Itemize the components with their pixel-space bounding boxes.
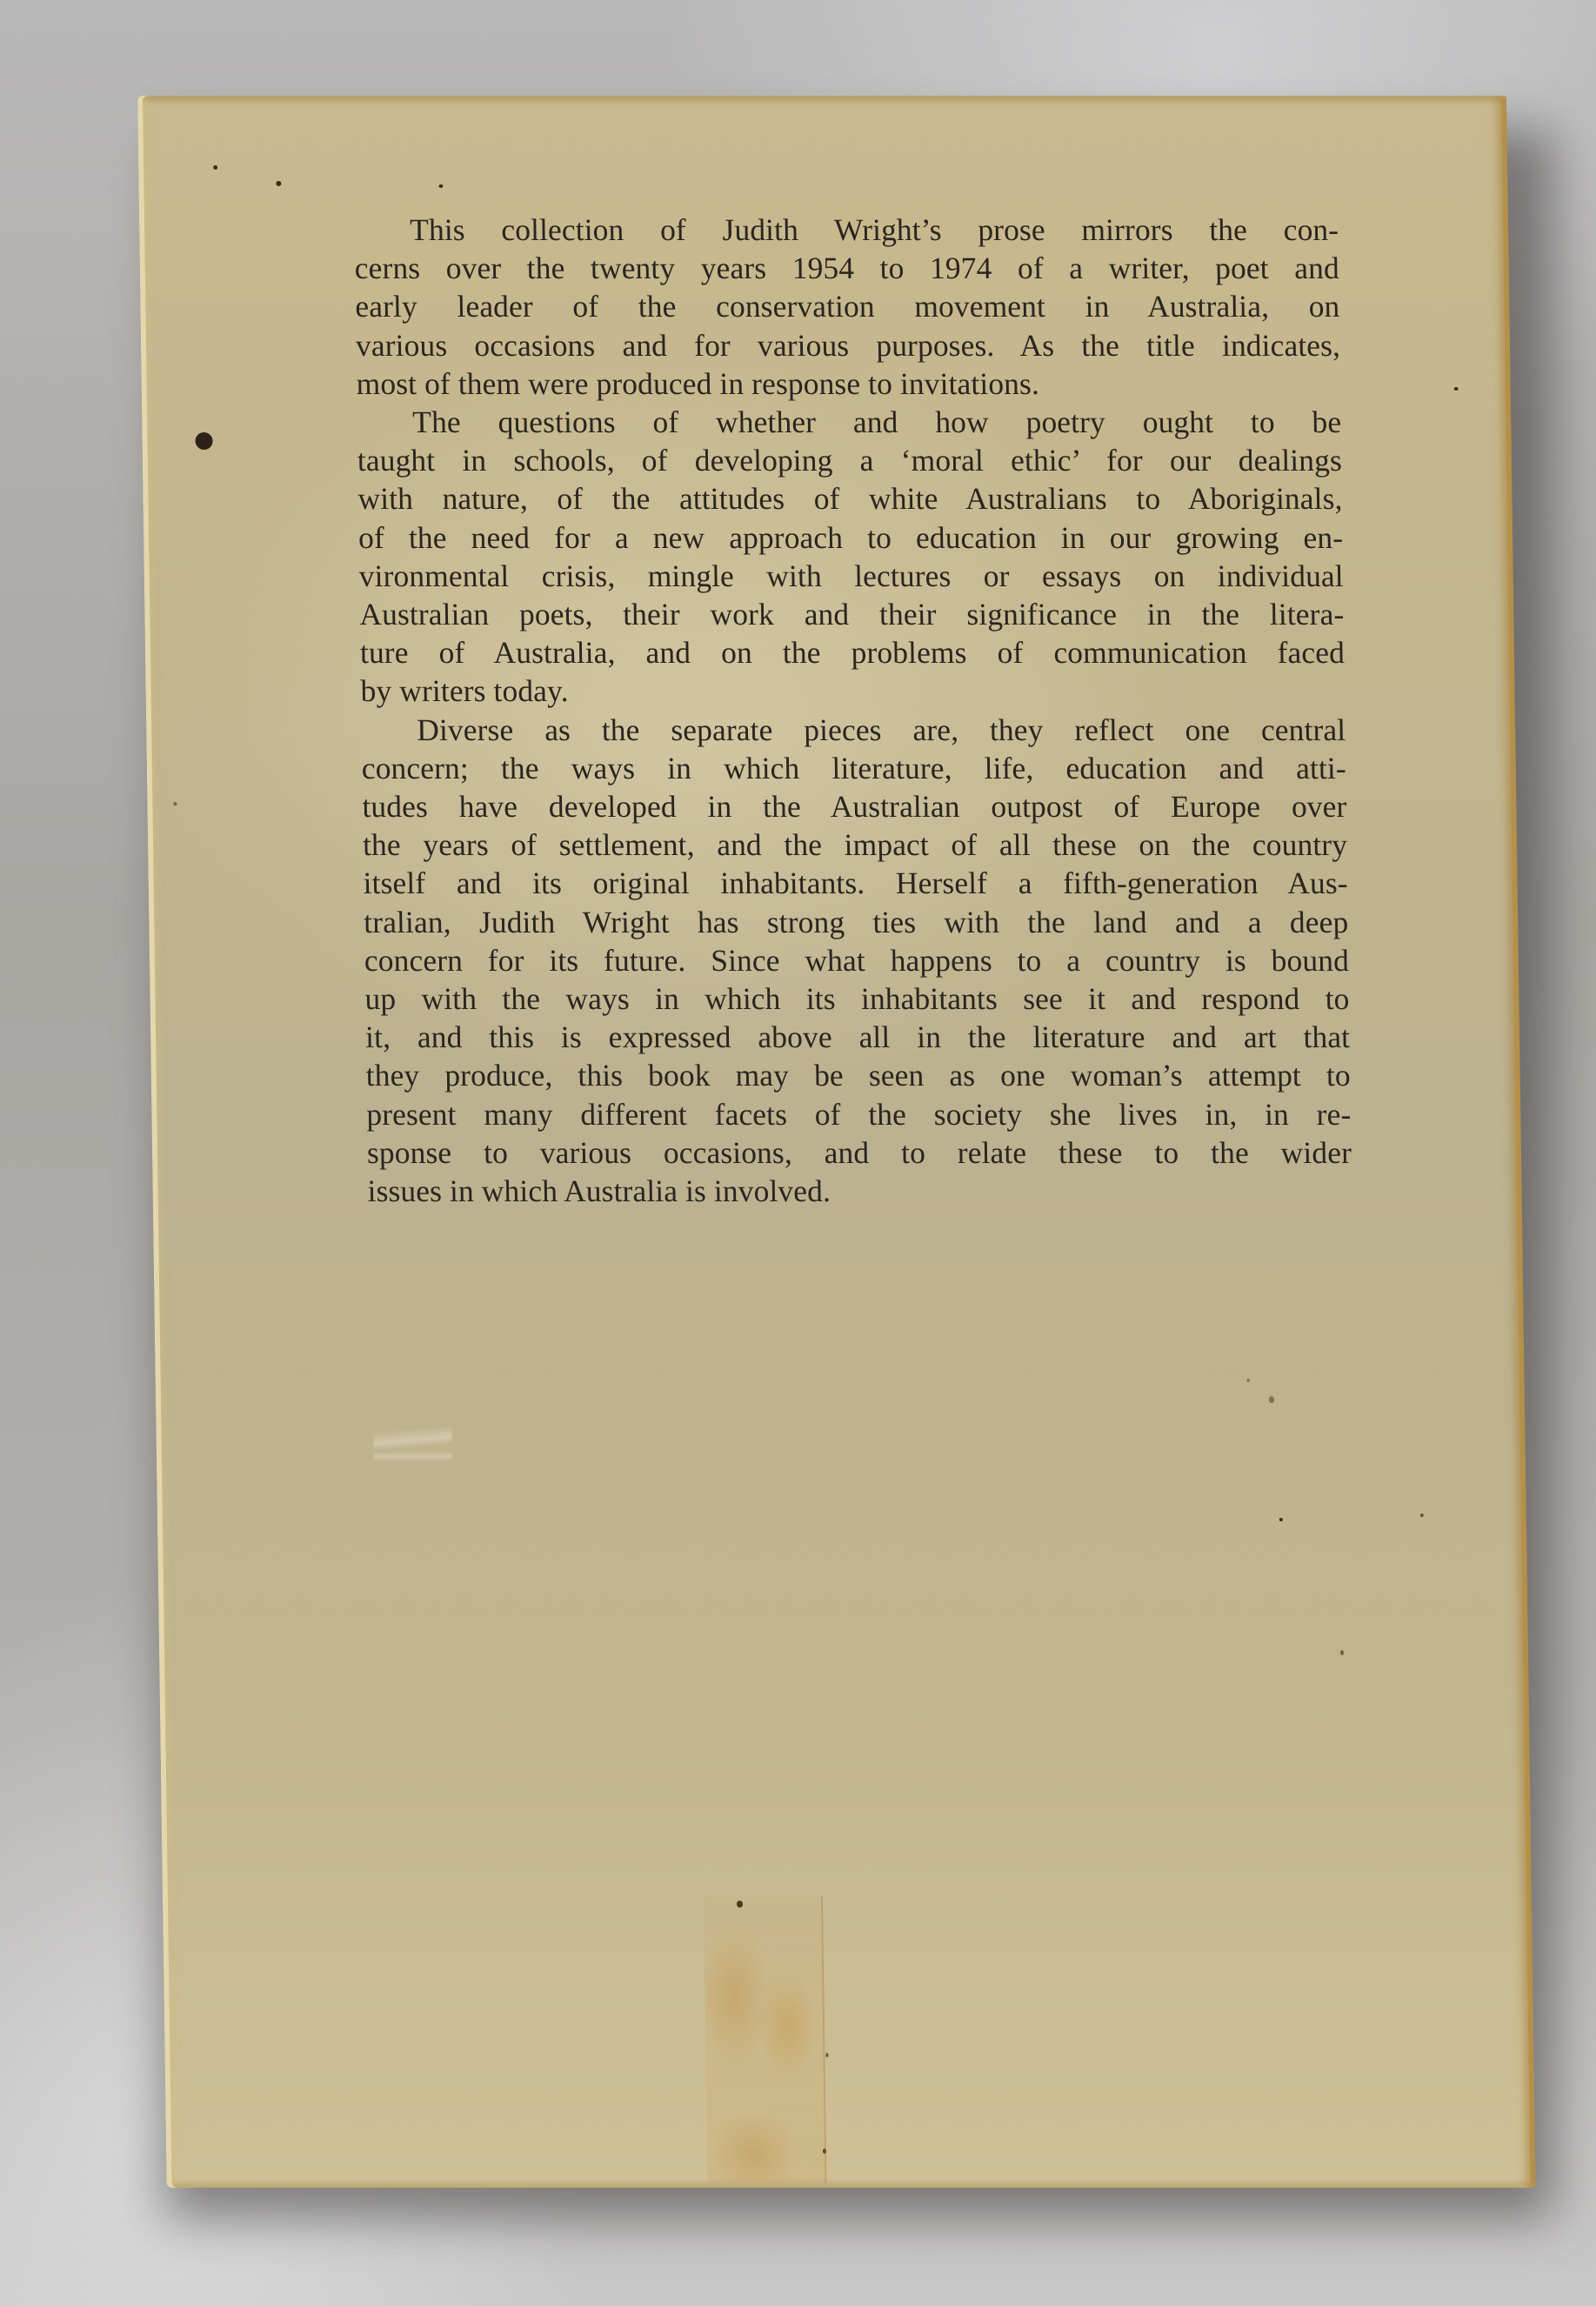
blurb-line: tralian, Judith Wright has strong ties w… bbox=[364, 903, 1349, 941]
speck bbox=[173, 802, 177, 805]
blurb-line: itself and its original inhabitants. Her… bbox=[363, 864, 1348, 902]
blurb-line: early leader of the conservation movemen… bbox=[355, 287, 1340, 325]
blurb-line: tudes have developed in the Australian o… bbox=[362, 787, 1347, 825]
blurb-line: the years of settlement, and the impact … bbox=[363, 825, 1348, 864]
speck bbox=[825, 2053, 828, 2057]
blurb-paragraph-3: Diverse as the separate pieces are, they… bbox=[361, 711, 1352, 1211]
blurb-line: it, and this is expressed above all in t… bbox=[365, 1018, 1351, 1056]
speck bbox=[276, 181, 281, 186]
blurb-line: most of them were produced in response t… bbox=[356, 364, 1341, 403]
blurb-line: sponse to various occasions, and to rela… bbox=[367, 1133, 1352, 1172]
blurb-line: with nature, of the attitudes of white A… bbox=[357, 479, 1343, 518]
blurb-line: by writers today. bbox=[360, 672, 1346, 710]
blurb-line: This collection of Judith Wright’s prose… bbox=[354, 211, 1339, 249]
blurb-line: vironmental crisis, mingle with lectures… bbox=[358, 557, 1344, 595]
blurb-paragraph-1: This collection of Judith Wright’s prose… bbox=[354, 211, 1341, 403]
speck bbox=[1420, 1514, 1424, 1517]
speck bbox=[1340, 1650, 1344, 1655]
blurb-line: present many different facets of the soc… bbox=[366, 1095, 1352, 1133]
blurb-line: ture of Australia, and on the problems o… bbox=[360, 633, 1346, 672]
blurb-line: The questions of whether and how poetry … bbox=[357, 403, 1342, 441]
blurb-paragraph-2: The questions of whether and how poetry … bbox=[357, 403, 1346, 711]
blurb-line: concern; the ways in which literature, l… bbox=[361, 749, 1346, 787]
blurb-line: various occasions and for various purpos… bbox=[356, 326, 1341, 364]
blurb-line: up with the ways in which its inhabitant… bbox=[364, 979, 1350, 1018]
book-back-cover: This collection of Judith Wright’s prose… bbox=[137, 96, 1536, 2188]
blurb-line: Australian poets, their work and their s… bbox=[359, 595, 1345, 633]
speck bbox=[438, 184, 443, 188]
tape-residue-stain bbox=[704, 1896, 827, 2183]
blurb-line: Diverse as the separate pieces are, they… bbox=[361, 711, 1346, 749]
blurb-line: cerns over the twenty years 1954 to 1974… bbox=[354, 249, 1339, 287]
speck bbox=[1269, 1396, 1274, 1403]
speck bbox=[1279, 1518, 1283, 1521]
blurb-line: they produce, this book may be seen as o… bbox=[365, 1056, 1351, 1094]
ink-dot bbox=[195, 432, 212, 450]
blurb-line: concern for its future. Since what happe… bbox=[364, 941, 1350, 979]
speck bbox=[213, 165, 217, 170]
blurb-line: taught in schools, of developing a ‘mora… bbox=[357, 441, 1343, 479]
back-cover-blurb: This collection of Judith Wright’s prose… bbox=[354, 211, 1352, 1210]
blurb-line: of the need for a new approach to educat… bbox=[358, 518, 1344, 557]
blurb-line: issues in which Australia is involved. bbox=[367, 1172, 1352, 1210]
surface-scuff bbox=[373, 1409, 452, 1479]
speck bbox=[1454, 387, 1459, 391]
speck bbox=[1247, 1379, 1250, 1382]
